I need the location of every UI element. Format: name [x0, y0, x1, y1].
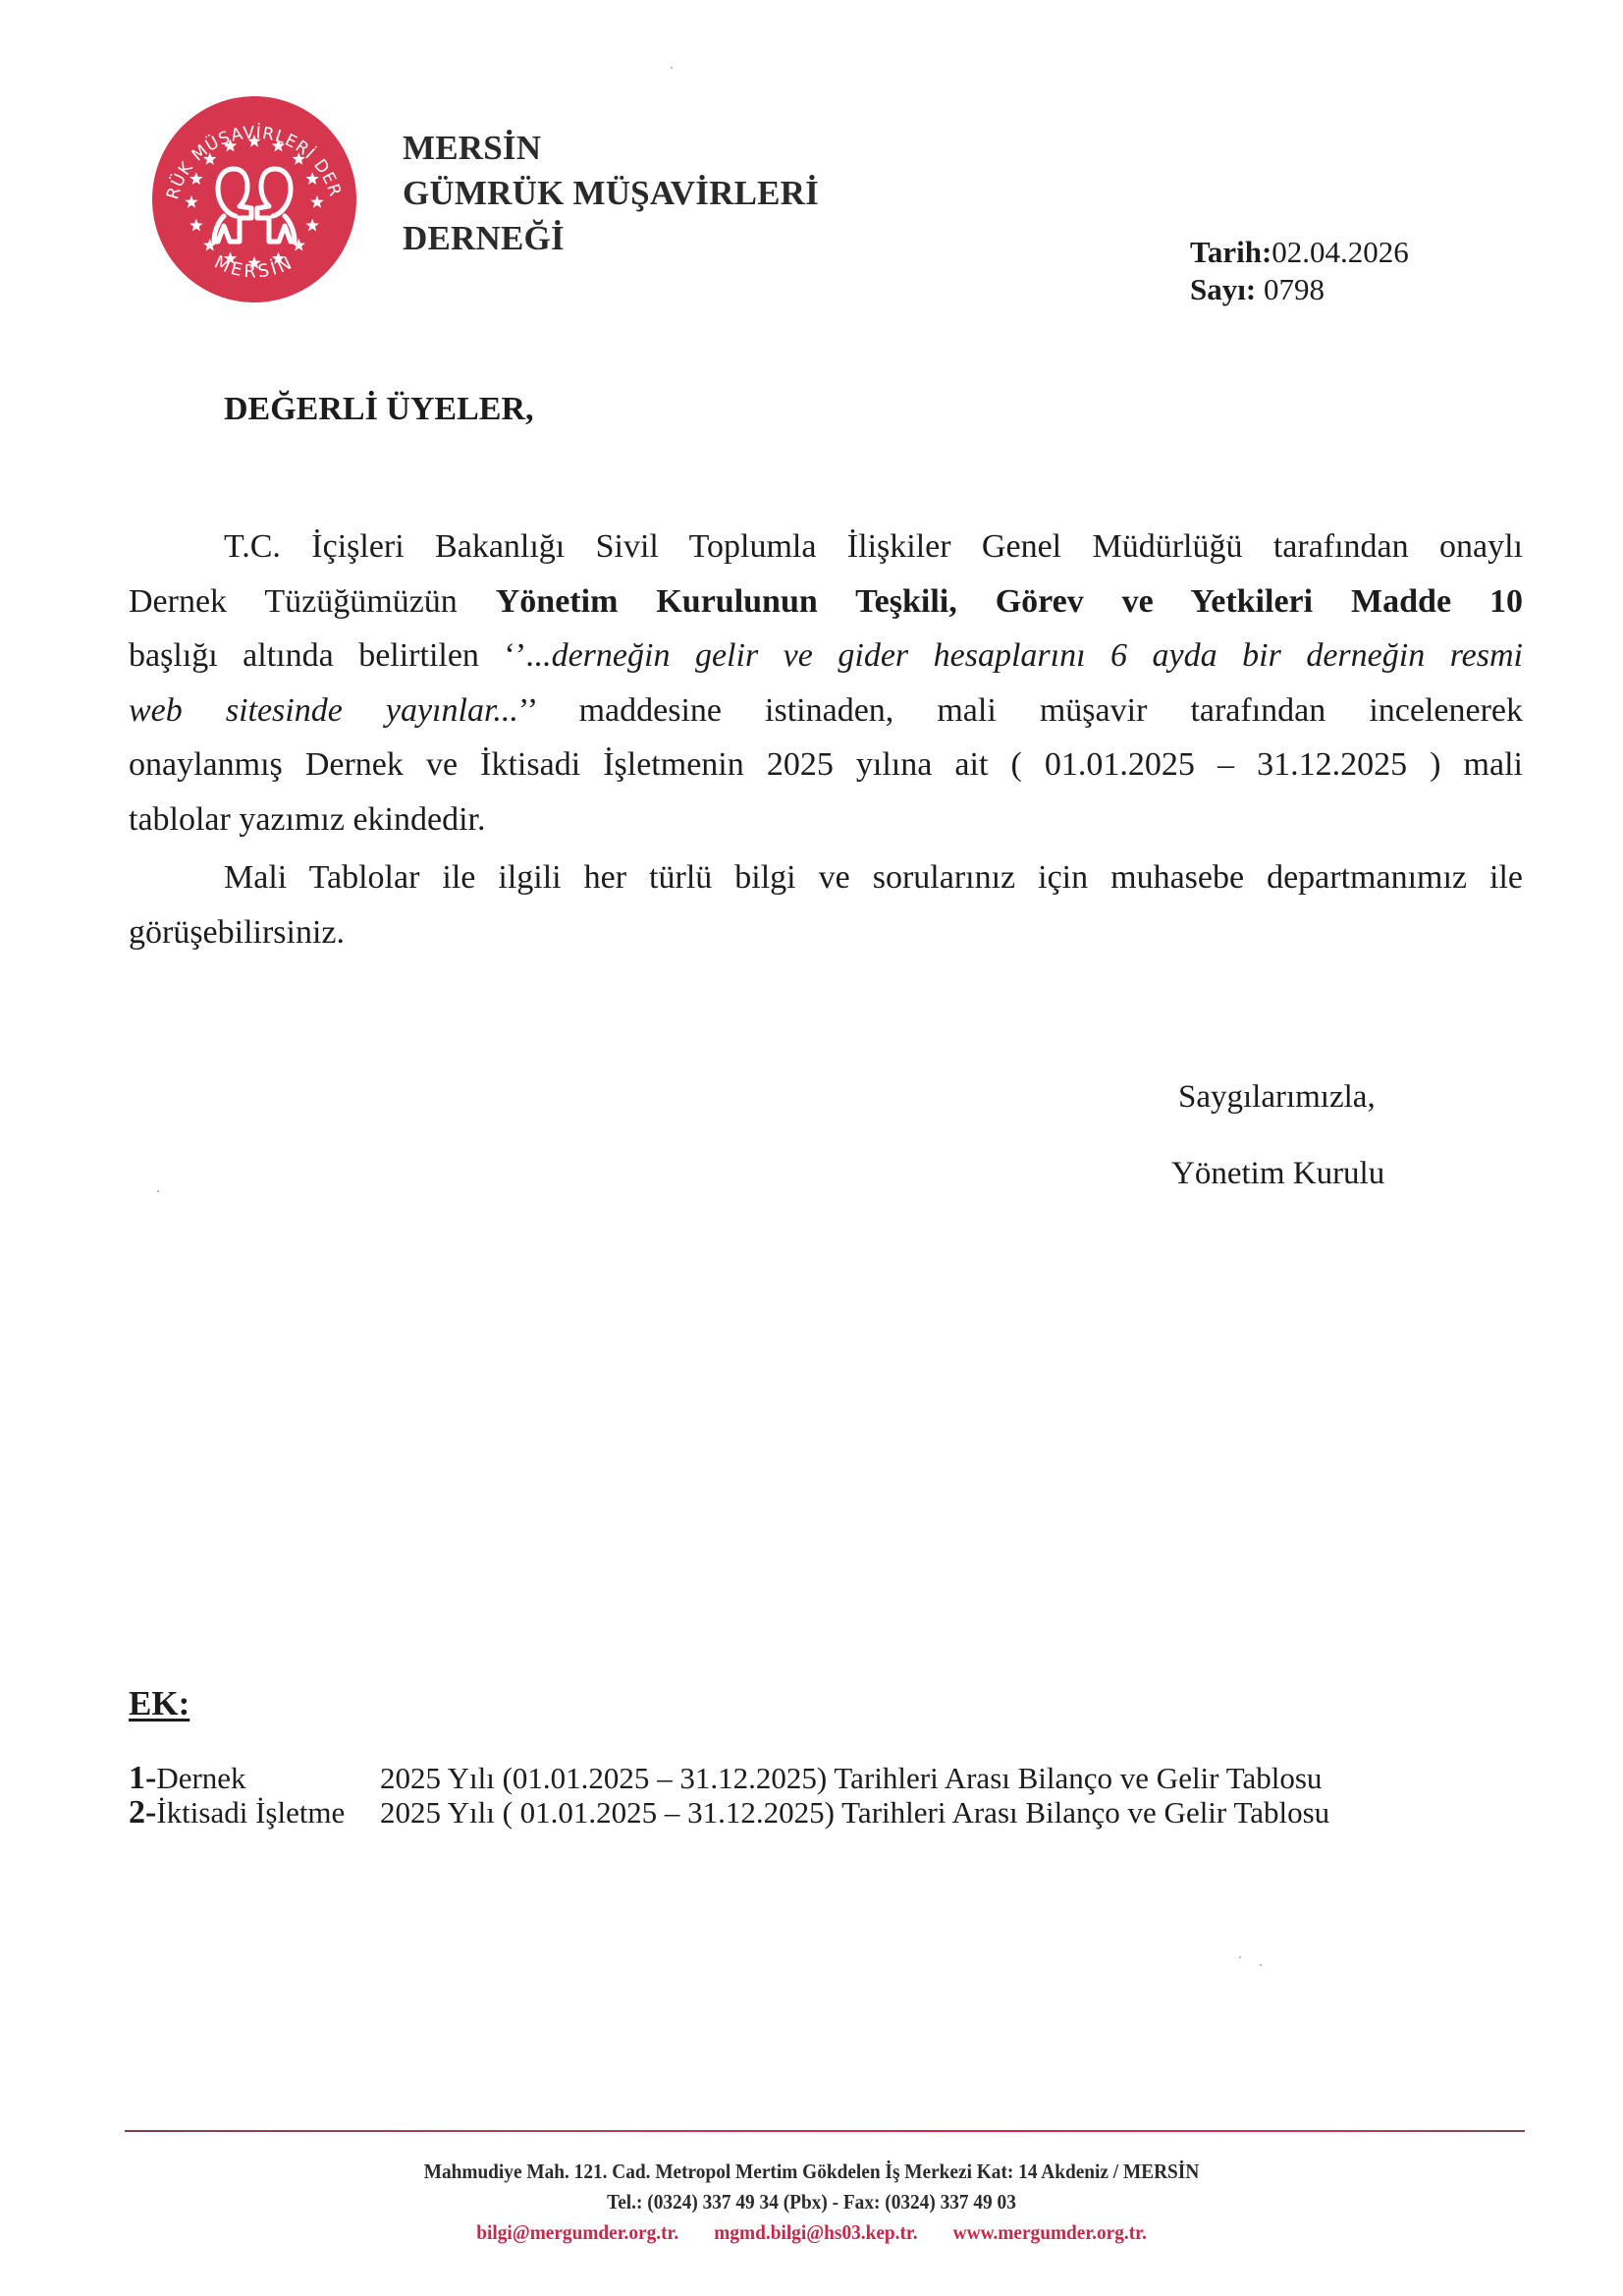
- email-link[interactable]: bilgi@mergumder.org.tr.: [476, 2220, 678, 2244]
- footer: Mahmudiye Mah. 121. Cad. Metropol Mertim…: [65, 2157, 1558, 2248]
- body-line: tablolar yazımız ekindedir.: [129, 793, 1523, 847]
- salutation: DEĞERLİ ÜYELER,: [224, 391, 534, 428]
- association-seal-icon: GÜMRÜK MÜŞAVİRLERİ DERNEĞİ MERSİN: [149, 94, 359, 304]
- website-link[interactable]: www.mergumder.org.tr.: [953, 2220, 1147, 2244]
- quoted-text: ...derneğin gelir ve gider hesaplarını 6…: [526, 637, 1523, 674]
- body-line: Mali Tablolar ile ilgili her türlü bilgi…: [129, 850, 1523, 905]
- scan-speck: [1260, 1964, 1262, 1966]
- attachment-item: 2- İktisadi İşletme 2025 Yılı ( 01.01.20…: [129, 1795, 1503, 1830]
- regards: Saygılarımızla,: [1178, 1059, 1384, 1135]
- attachment-entity: İktisadi İşletme: [156, 1795, 345, 1830]
- body-text: Dernek Tüzüğümüzün: [129, 583, 496, 620]
- attachment-entity: Dernek: [156, 1761, 245, 1795]
- footer-divider: [125, 2130, 1525, 2132]
- footer-phone-fax: Tel.: (0324) 337 49 34 (Pbx) - Fax: (032…: [65, 2187, 1558, 2217]
- scan-speck: [1239, 1956, 1241, 1958]
- organization-name: MERSİN GÜMRÜK MÜŞAVİRLERİ DERNEĞİ: [403, 126, 819, 261]
- attachment-number: 1-: [129, 1761, 156, 1795]
- kep-address-link[interactable]: mgmd.bilgi@hs03.kep.tr.: [714, 2220, 917, 2244]
- date-line: Tarih:02.04.2026: [1190, 234, 1409, 271]
- body-paragraph-1: T.C. İçişleri Bakanlığı Sivil Toplumla İ…: [129, 519, 1523, 847]
- scan-speck: [157, 1190, 159, 1192]
- closing: Saygılarımızla, Yönetim Kurulu: [1178, 1059, 1384, 1212]
- body-line: görüşebilirsiniz.: [129, 905, 1523, 960]
- org-name-line: GÜMRÜK MÜŞAVİRLERİ: [403, 171, 819, 216]
- org-name-line: DERNEĞİ: [403, 216, 819, 261]
- attachment-item: 1-Dernek 2025 Yılı (01.01.2025 – 31.12.2…: [129, 1761, 1503, 1795]
- article-reference: Yönetim Kurulunun Teşkili, Görev ve Yetk…: [496, 583, 1523, 620]
- date-value: 02.04.2026: [1271, 235, 1409, 269]
- number-label: Sayı:: [1190, 272, 1256, 306]
- date-label: Tarih:: [1190, 235, 1271, 269]
- body-paragraph-2: Mali Tablolar ile ilgili her türlü bilgi…: [129, 850, 1523, 959]
- body-line: başlığı altında belirtilen ‘’...derneğin…: [129, 629, 1523, 683]
- body-line: T.C. İçişleri Bakanlığı Sivil Toplumla İ…: [129, 519, 1523, 574]
- body-line: web sitesinde yayınlar...’’ maddesine is…: [129, 683, 1523, 738]
- document-meta: Tarih:02.04.2026 Sayı: 0798: [1190, 234, 1409, 308]
- footer-contacts: bilgi@mergumder.org.tr. mgmd.bilgi@hs03.…: [65, 2217, 1558, 2248]
- body-text: başlığı altında belirtilen ‘’: [129, 637, 526, 674]
- attachments-list: 1-Dernek 2025 Yılı (01.01.2025 – 31.12.2…: [129, 1761, 1503, 1830]
- body-line: Dernek Tüzüğümüzün Yönetim Kurulunun Teş…: [129, 574, 1523, 629]
- org-name-line: MERSİN: [403, 126, 819, 171]
- scan-speck: [671, 67, 673, 69]
- body-text: ’’ maddesine istinaden, mali müşavir tar…: [518, 692, 1523, 729]
- body-line: onaylanmış Dernek ve İktisadi İşletmenin…: [129, 738, 1523, 793]
- footer-address: Mahmudiye Mah. 121. Cad. Metropol Mertim…: [65, 2157, 1558, 2187]
- signatory: Yönetim Kurulu: [1171, 1135, 1384, 1212]
- number-value: 0798: [1256, 272, 1325, 306]
- attachment-description: 2025 Yılı (01.01.2025 – 31.12.2025) Tari…: [380, 1761, 1322, 1795]
- quoted-text: web sitesinde yayınlar...: [129, 692, 518, 729]
- attachment-description: 2025 Yılı ( 01.01.2025 – 31.12.2025) Tar…: [380, 1795, 1329, 1830]
- attachment-number: 2-: [129, 1795, 156, 1830]
- attachments-title: EK:: [129, 1684, 189, 1723]
- number-line: Sayı: 0798: [1190, 271, 1409, 308]
